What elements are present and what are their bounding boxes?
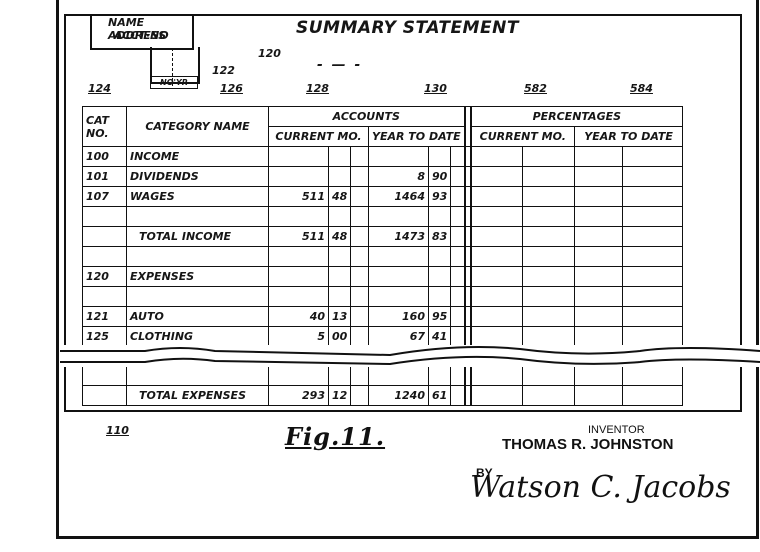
ytd-dollars-cell: 1240 (369, 386, 429, 406)
current-dollars-cell: 511 (269, 187, 329, 207)
pct-ytd-b-cell (623, 187, 683, 207)
current-spare-cell (351, 247, 369, 267)
table-row (83, 287, 683, 307)
category-name-cell: WAGES (127, 187, 269, 207)
current-spare-cell (351, 386, 369, 406)
table-row (83, 366, 683, 386)
pct-current-a-cell (471, 327, 523, 347)
ytd-spare-cell (451, 287, 465, 307)
page-title: SUMMARY STATEMENT (296, 18, 519, 38)
ytd-cents-cell: 41 (429, 327, 451, 347)
pct-current-a-cell (471, 187, 523, 207)
pct-ytd-a-cell (575, 267, 623, 287)
ytd-dollars-cell (369, 247, 429, 267)
category-name-cell (127, 366, 269, 386)
header-pct-current: CURRENT MO. (471, 127, 575, 147)
ytd-cents-cell (429, 207, 451, 227)
header-cat-no: CAT NO. (83, 107, 127, 147)
table-row: 101DIVIDENDS890 (83, 167, 683, 187)
current-cents-cell (329, 366, 351, 386)
current-dollars-cell (269, 287, 329, 307)
account-number-label: ACCT·NO (114, 29, 169, 42)
ref-122: 122 (212, 64, 235, 77)
current-spare-cell (351, 207, 369, 227)
pct-current-b-cell (523, 207, 575, 227)
current-spare-cell (351, 167, 369, 187)
category-name-cell: CLOTHING (127, 327, 269, 347)
table-break-symbol (60, 345, 760, 367)
ytd-dollars-cell (369, 267, 429, 287)
category-name-cell (127, 287, 269, 307)
pct-ytd-b-cell (623, 267, 683, 287)
ytd-cents-cell: 61 (429, 386, 451, 406)
attorney-signature: Watson C. Jacobs (470, 470, 731, 505)
category-name-cell: INCOME (127, 147, 269, 167)
ytd-cents-cell: 90 (429, 167, 451, 187)
pct-ytd-a-cell (575, 307, 623, 327)
pct-current-a-cell (471, 267, 523, 287)
ytd-dollars-cell (369, 207, 429, 227)
table-row: 125CLOTHING5006741 (83, 327, 683, 347)
current-cents-cell: 48 (329, 227, 351, 247)
ytd-spare-cell (451, 327, 465, 347)
current-dollars-cell (269, 247, 329, 267)
ytd-spare-cell (451, 207, 465, 227)
pct-ytd-a-cell (575, 247, 623, 267)
ytd-spare-cell (451, 267, 465, 287)
cat-no-cell: 101 (83, 167, 127, 187)
table-row: 107WAGES51148146493 (83, 187, 683, 207)
cat-no-cell (83, 366, 127, 386)
header-pct-ytd: YEAR TO DATE (575, 127, 683, 147)
current-cents-cell: 12 (329, 386, 351, 406)
ref-130: 130 (424, 82, 447, 95)
header-row-1: CAT NO. CATEGORY NAME ACCOUNTS PERCENTAG… (83, 107, 683, 127)
pct-ytd-b-cell (623, 287, 683, 307)
current-cents-cell (329, 247, 351, 267)
ytd-cents-cell (429, 147, 451, 167)
pct-current-b-cell (523, 227, 575, 247)
current-spare-cell (351, 227, 369, 247)
pct-ytd-a-cell (575, 207, 623, 227)
ref-128: 128 (306, 82, 329, 95)
ytd-cents-cell: 93 (429, 187, 451, 207)
current-dollars-cell: 40 (269, 307, 329, 327)
current-dollars-cell (269, 267, 329, 287)
pct-current-b-cell (523, 187, 575, 207)
header-accounts-current: CURRENT MO. (269, 127, 369, 147)
ytd-dollars-cell: 8 (369, 167, 429, 187)
current-cents-cell: 13 (329, 307, 351, 327)
ref-120: 120 (258, 47, 281, 60)
title-dashes: - — - (317, 57, 362, 73)
pct-current-b-cell (523, 307, 575, 327)
current-dollars-cell (269, 147, 329, 167)
ytd-dollars-cell: 1473 (369, 227, 429, 247)
pct-ytd-b-cell (623, 327, 683, 347)
cat-no-cell (83, 287, 127, 307)
ytd-spare-cell (451, 187, 465, 207)
ref-126: 126 (220, 82, 243, 95)
pct-current-a-cell (471, 227, 523, 247)
ytd-spare-cell (451, 386, 465, 406)
current-dollars-cell (269, 167, 329, 187)
current-spare-cell (351, 307, 369, 327)
current-cents-cell: 00 (329, 327, 351, 347)
cat-no-cell (83, 386, 127, 406)
pct-current-b-cell (523, 366, 575, 386)
category-name-cell: AUTO (127, 307, 269, 327)
current-cents-cell (329, 167, 351, 187)
category-name-cell: TOTAL INCOME (127, 227, 269, 247)
cat-no-cell: 120 (83, 267, 127, 287)
pct-current-b-cell (523, 386, 575, 406)
pct-ytd-b-cell (623, 307, 683, 327)
pct-current-b-cell (523, 267, 575, 287)
figure-label: Fig.11. (285, 422, 385, 451)
ytd-cents-cell (429, 366, 451, 386)
ref-584: 584 (630, 82, 653, 95)
category-name-cell: TOTAL EXPENSES (127, 386, 269, 406)
category-name-cell: DIVIDENDS (127, 167, 269, 187)
month-year-box: NO'YR (150, 76, 198, 89)
ytd-dollars-cell (369, 147, 429, 167)
category-name-cell (127, 247, 269, 267)
header-accounts-ytd: YEAR TO DATE (369, 127, 465, 147)
pct-current-a-cell (471, 287, 523, 307)
cat-no-cell: 107 (83, 187, 127, 207)
current-dollars-cell: 5 (269, 327, 329, 347)
header-percentages: PERCENTAGES (471, 107, 683, 127)
pct-ytd-b-cell (623, 227, 683, 247)
inventor-label: INVENTOR (588, 424, 645, 436)
ytd-cents-cell (429, 247, 451, 267)
ytd-dollars-cell (369, 366, 429, 386)
pct-ytd-a-cell (575, 366, 623, 386)
cat-no-cell (83, 227, 127, 247)
current-spare-cell (351, 267, 369, 287)
current-cents-cell (329, 267, 351, 287)
pct-current-b-cell (523, 167, 575, 187)
header-category-name: CATEGORY NAME (127, 107, 269, 147)
current-dollars-cell (269, 207, 329, 227)
cat-no-cell: 100 (83, 147, 127, 167)
ytd-spare-cell (451, 366, 465, 386)
current-dollars-cell: 293 (269, 386, 329, 406)
ytd-spare-cell (451, 167, 465, 187)
ref-124: 124 (88, 82, 111, 95)
pct-current-a-cell (471, 307, 523, 327)
ytd-cents-cell (429, 287, 451, 307)
pct-current-a-cell (471, 207, 523, 227)
current-spare-cell (351, 147, 369, 167)
table-row: 120EXPENSES (83, 267, 683, 287)
current-spare-cell (351, 287, 369, 307)
pct-current-a-cell (471, 167, 523, 187)
pct-ytd-a-cell (575, 187, 623, 207)
table-row: 100INCOME (83, 147, 683, 167)
cat-no-cell: 121 (83, 307, 127, 327)
pct-ytd-b-cell (623, 147, 683, 167)
inventor-name: THOMAS R. JOHNSTON (502, 436, 673, 453)
pct-ytd-b-cell (623, 167, 683, 187)
ytd-spare-cell (451, 147, 465, 167)
pct-current-a-cell (471, 147, 523, 167)
header-accounts: ACCOUNTS (269, 107, 465, 127)
ytd-cents-cell: 83 (429, 227, 451, 247)
current-dollars-cell (269, 366, 329, 386)
current-spare-cell (351, 187, 369, 207)
pct-current-a-cell (471, 386, 523, 406)
cat-no-cell (83, 207, 127, 227)
pct-ytd-a-cell (575, 167, 623, 187)
ytd-cents-cell (429, 267, 451, 287)
ytd-dollars-cell: 67 (369, 327, 429, 347)
ytd-dollars-cell: 160 (369, 307, 429, 327)
ytd-dollars-cell (369, 287, 429, 307)
ytd-spare-cell (451, 307, 465, 327)
ytd-spare-cell (451, 247, 465, 267)
ytd-cents-cell: 95 (429, 307, 451, 327)
table-row: 121AUTO401316095 (83, 307, 683, 327)
pct-ytd-a-cell (575, 327, 623, 347)
table-row: TOTAL EXPENSES29312124061 (83, 386, 683, 406)
pct-current-b-cell (523, 287, 575, 307)
pct-ytd-b-cell (623, 386, 683, 406)
category-name-cell (127, 207, 269, 227)
current-cents-cell (329, 287, 351, 307)
cat-no-cell (83, 247, 127, 267)
current-cents-cell (329, 207, 351, 227)
table-row (83, 207, 683, 227)
name-address-box: NAME ADDRESS ACCT·NO (90, 14, 194, 50)
current-cents-cell (329, 147, 351, 167)
current-spare-cell (351, 327, 369, 347)
pct-current-b-cell (523, 147, 575, 167)
ytd-dollars-cell: 1464 (369, 187, 429, 207)
pct-current-a-cell (471, 247, 523, 267)
ytd-spare-cell (451, 227, 465, 247)
pct-current-b-cell (523, 327, 575, 347)
pct-ytd-a-cell (575, 386, 623, 406)
table-row: TOTAL INCOME51148147383 (83, 227, 683, 247)
pct-current-b-cell (523, 247, 575, 267)
current-cents-cell: 48 (329, 187, 351, 207)
current-spare-cell (351, 366, 369, 386)
ref-582: 582 (524, 82, 547, 95)
cat-no-cell: 125 (83, 327, 127, 347)
pct-current-a-cell (471, 366, 523, 386)
table-row (83, 247, 683, 267)
ref-110: 110 (106, 424, 129, 437)
pct-ytd-a-cell (575, 147, 623, 167)
pct-ytd-b-cell (623, 366, 683, 386)
current-dollars-cell: 511 (269, 227, 329, 247)
pct-ytd-b-cell (623, 207, 683, 227)
category-name-cell: EXPENSES (127, 267, 269, 287)
pct-ytd-a-cell (575, 227, 623, 247)
pct-ytd-b-cell (623, 247, 683, 267)
pct-ytd-a-cell (575, 287, 623, 307)
